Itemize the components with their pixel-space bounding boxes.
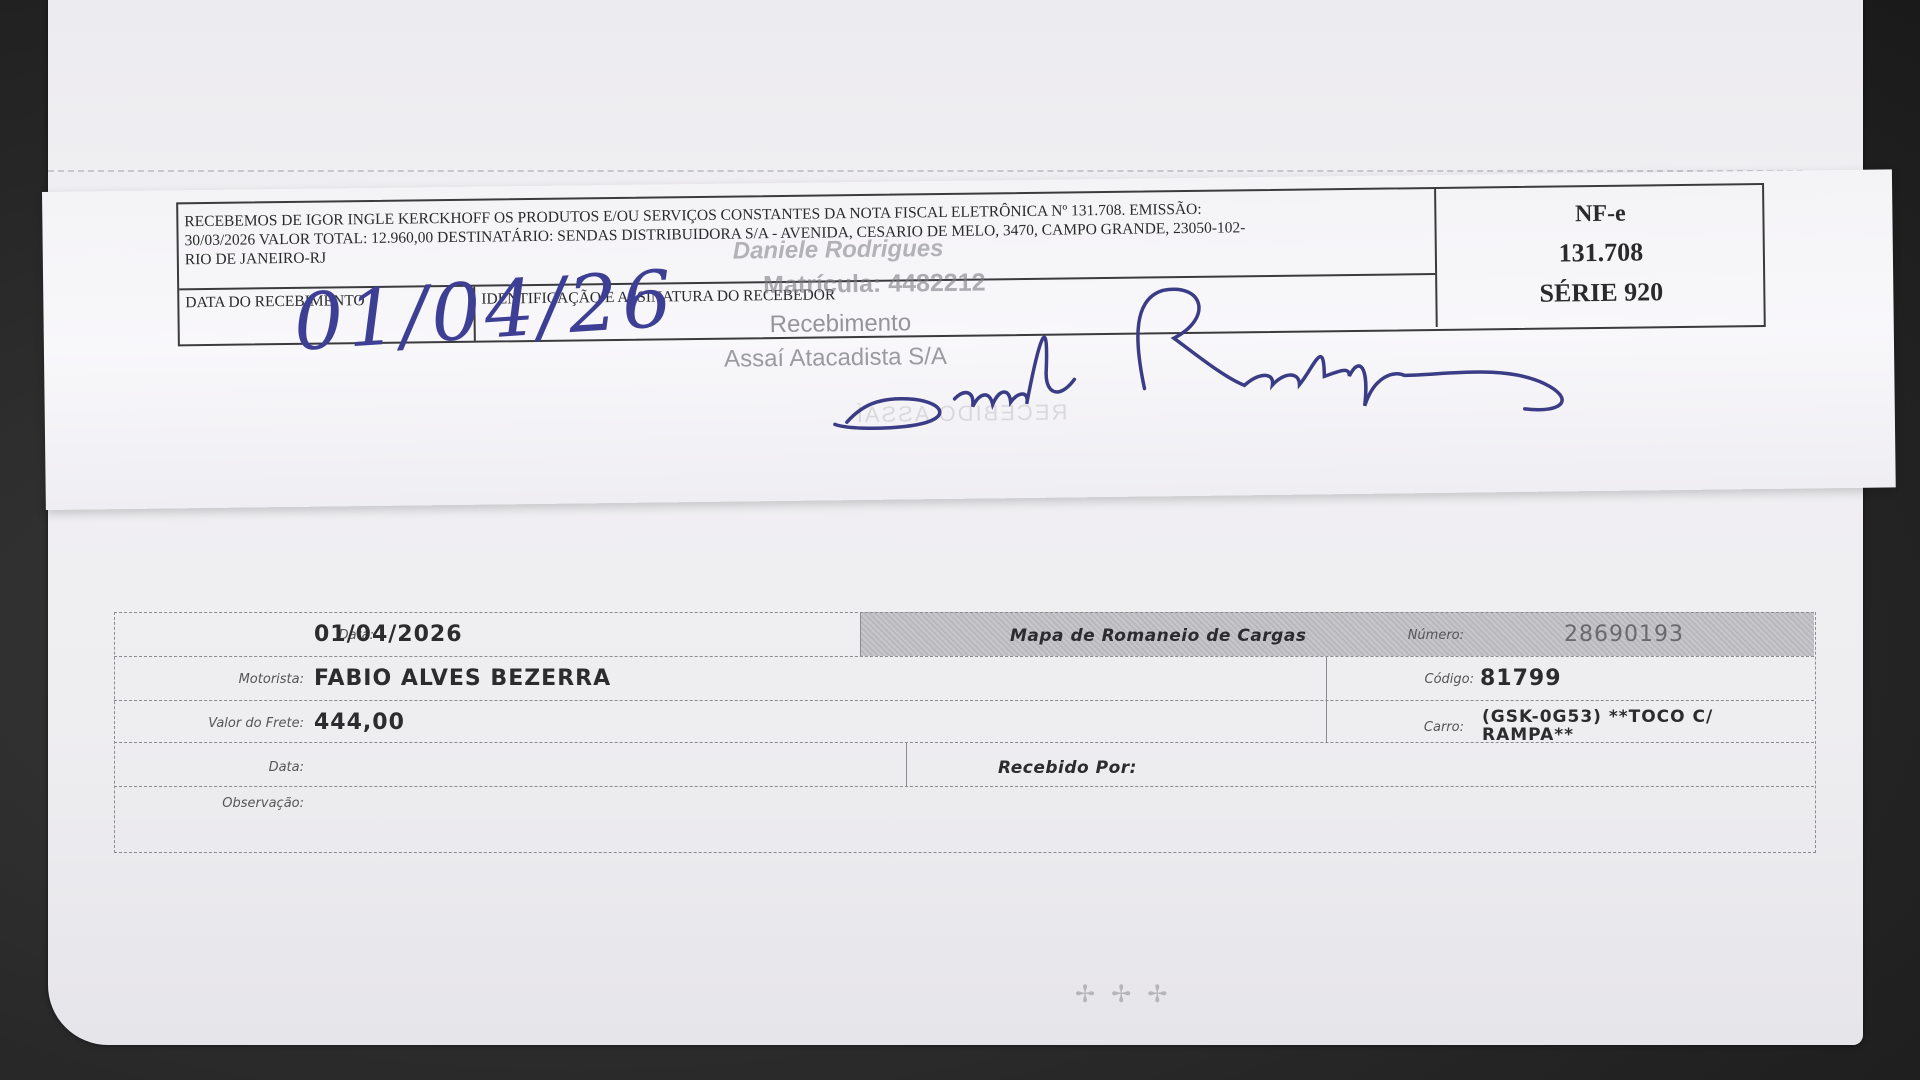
carro-label: Carro:: [1404, 720, 1464, 735]
data2-label: Data:: [264, 760, 304, 775]
motorista-label: Motorista:: [214, 672, 304, 687]
staple-holes: ✢✢✢: [1075, 980, 1183, 1009]
data-value: 01/04/2026: [314, 622, 463, 647]
signature: [803, 273, 1605, 433]
recebido-label: Recebido Por:: [998, 758, 1137, 778]
numero-label: Número:: [1394, 628, 1464, 643]
romaneio-title: Mapa de Romaneio de Cargas: [1010, 626, 1306, 646]
carro-value: (GSK-0G53) **TOCO C/ RAMPA**: [1482, 708, 1752, 744]
codigo-value: 81799: [1480, 666, 1562, 691]
stamp-name: Daniele Rodrigues: [733, 235, 944, 266]
romaneio-sheet: [48, 0, 1863, 1045]
nfe-canhoto-strip: RECEBEMOS DE IGOR INGLE KERCKHOFF OS PRO…: [42, 169, 1896, 510]
numero-value: 28690193: [1564, 622, 1684, 647]
motorista-value: FABIO ALVES BEZERRA: [314, 666, 611, 691]
frete-label: Valor do Frete:: [164, 716, 304, 731]
romaneio-form: Data: 01/04/2026 Mapa de Romaneio de Car…: [114, 612, 1814, 852]
nfe-number: 131.708: [1439, 236, 1763, 270]
nfe-label: NF-e: [1438, 199, 1762, 230]
codigo-label: Código:: [1404, 672, 1474, 687]
observacao-label: Observação:: [194, 796, 304, 811]
frete-value: 444,00: [314, 710, 405, 735]
